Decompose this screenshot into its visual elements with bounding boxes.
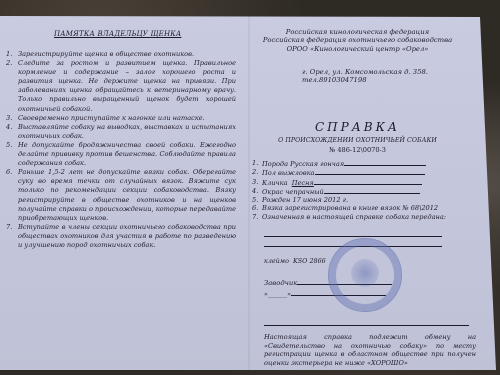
organization-header: Российская кинологическая федерация Росс…	[250, 28, 465, 53]
fill-line	[344, 159, 426, 166]
fill-line	[315, 168, 425, 175]
page-fold	[248, 16, 250, 370]
memo-item: 3.Своевременно приступайте к нагонке или…	[4, 114, 236, 123]
memo-item: 7.Вступайте в члены секции охотничьего с…	[4, 223, 236, 250]
document-title: СПРАВКА	[250, 120, 465, 134]
field-mating: 6.Вязка зарегистрирована в книге вязок №…	[252, 204, 477, 212]
memo-item: 2.Следите за ростом и развитием щенка. П…	[4, 59, 236, 114]
field-breed: 1.Порода Русская гончая	[252, 159, 477, 168]
memo-list: 1.Зарегистрируйте щенка в обществе охотн…	[4, 50, 236, 250]
certificate-fields: 1.Порода Русская гончая 2.Пол выжловка 3…	[252, 159, 477, 221]
address-block: г. Орел, ул. Комсомольская д. 358. тел.8…	[302, 68, 428, 85]
memo-title: ПАМЯТКА ВЛАДЕЛЬЦУ ЩЕНКА	[54, 30, 181, 38]
fill-line	[264, 236, 442, 237]
memo-item: 4.Выставляйте собаку на выводках, выстав…	[4, 123, 236, 141]
memo-item: 6.Раньше 1,5-2 лет не допускайте вязки с…	[4, 168, 236, 223]
official-seal-stamp	[328, 238, 402, 312]
separator-line	[264, 325, 469, 326]
memo-item: 5.Не допускайте бродяжничества своей соб…	[4, 141, 236, 168]
document-number: № 486-12\0070-3	[250, 146, 465, 154]
fill-line	[324, 187, 420, 194]
stamp-emblem-icon	[351, 259, 379, 287]
address: г. Орел, ул. Комсомольская д. 358.	[302, 68, 428, 76]
document-paper: ПАМЯТКА ВЛАДЕЛЬЦУ ЩЕНКА 1.Зарегистрируйт…	[0, 16, 500, 370]
fill-line	[314, 178, 422, 185]
exchange-note: Настоящая справка подлежит обмену на «Св…	[264, 333, 476, 367]
memo-item: 1.Зарегистрируйте щенка в обществе охотн…	[4, 50, 236, 59]
field-born: 5.Рожден 17 июня 2012 г.	[252, 196, 477, 204]
org-line: Российская кинологическая федерация	[250, 28, 465, 36]
field-color: 4.Окрас чепрачный	[252, 187, 477, 196]
org-line: Российская федерация охотничьего собаков…	[250, 36, 465, 44]
phone: тел.89103047198	[302, 76, 428, 84]
field-transferred: 7.Означенная в настоящей справке собака …	[252, 213, 477, 221]
field-name: 3.Кличка Песня	[252, 178, 477, 187]
brand-mark: клеймо KSO 2866	[264, 257, 326, 265]
document-subtitle: О ПРОИСХОЖДЕНИИ ОХОТНИЧЬЕЙ СОБАКИ	[250, 137, 465, 144]
org-line: ОРОО «Кинологический центр «Орел»	[250, 45, 465, 53]
field-sex: 2.Пол выжловка	[252, 168, 477, 177]
